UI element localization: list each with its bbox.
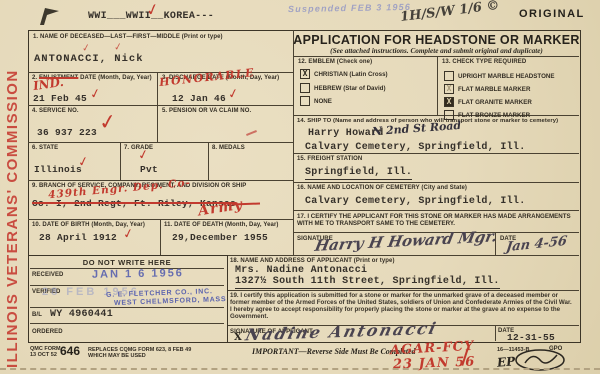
transport-certification-text: 17. I CERTIFY THE APPLICANT FOR THIS STO…: [297, 213, 575, 227]
divider-line: [495, 325, 496, 341]
field-label-check-type: 13. CHECK TYPE REQUIRED: [442, 59, 526, 65]
bl-value: WY 4960441: [50, 309, 113, 320]
applicant-name: Mrs. Nadine Antonacci: [235, 265, 367, 276]
applicant-address: 1327½ South 11th Street, Springfield, Il…: [235, 276, 500, 289]
field-label-name-of-deceased: 1. NAME OF DECEASED—LAST—FIRST—MIDDLE (P…: [33, 34, 223, 40]
field-value-freight-station: Springfield, Ill.: [305, 167, 412, 180]
red-checkmark-icon: ✓: [113, 41, 123, 53]
field-label-cemetery: 16. NAME AND LOCATION OF CEMETERY (City …: [297, 185, 467, 191]
checkbox-icon: [444, 71, 454, 81]
field-value-cemetery: Calvary Cemetery, Springfield, Ill.: [305, 196, 526, 207]
checkbox-christian: XCHRISTIAN (Latin Cross): [300, 69, 388, 79]
field-label-medals: 8. MEDALS: [212, 145, 245, 151]
suspended-stamp: Suspended FEB 3 1956: [288, 2, 411, 14]
checkbox-label: FLAT MARBLE MARKER: [458, 86, 530, 93]
field-value-discharge-date: 12 Jan 46: [172, 93, 226, 104]
divider-line: [227, 290, 579, 291]
pen-mark-icon: [36, 5, 62, 27]
field-value-service-no: 36 937 223: [37, 127, 97, 138]
replaces-line2: WHICH MAY BE USED: [88, 353, 146, 359]
checkbox-label: HEBREW (Star of David): [314, 85, 386, 92]
field-label-applicant: 18. NAME AND ADDRESS OF APPLICANT (Print…: [230, 258, 395, 264]
field-label-service-no: 4. SERVICE NO.: [32, 108, 79, 114]
checkbox-upright-marble: UPRIGHT MARBLE HEADSTONE: [444, 71, 554, 81]
label-rest: DATE (Month, Day, Year): [78, 75, 151, 81]
form-code-line2: 13 OCT 52: [30, 352, 57, 358]
divider-line: [28, 142, 293, 143]
field-value-date-of-birth: 28 April 1912: [39, 232, 117, 243]
checkbox-label: FLAT GRANITE MARKER: [458, 99, 532, 106]
checkbox-flat-marble: XFLAT MARBLE MARKER: [444, 84, 530, 94]
divider-line: [30, 323, 224, 324]
divider-line: [28, 105, 293, 106]
divider-line: [208, 142, 209, 180]
signature-x-mark: X: [234, 332, 242, 343]
divider-line: [293, 115, 579, 116]
field-label-state: 6. STATE: [32, 145, 58, 151]
divider-line: [293, 153, 579, 154]
checkbox-label: UPRIGHT MARBLE HEADSTONE: [458, 73, 554, 80]
applicant-certification-text: 19. I certify this application is submit…: [230, 292, 574, 320]
divider-line: [157, 72, 158, 142]
field-label-freight-station: 15. FREIGHT STATION: [297, 156, 362, 162]
field-value-name-of-deceased: ANTONACCI, Nick: [34, 53, 144, 65]
field-value-state: Illinois: [34, 164, 82, 175]
ship-to-address: Calvary Cemetery, Springfield, Ill.: [305, 142, 526, 153]
side-agency-stamp: ILLINOIS VETERANS' COMMISSION: [4, 36, 21, 368]
divider-line: [160, 219, 161, 255]
divider-line: [120, 142, 121, 180]
field-value-grade: Pvt: [140, 164, 158, 175]
checkbox-label: NONE: [314, 98, 332, 105]
checkbox-label: CHRISTIAN (Latin Cross): [314, 71, 388, 78]
received-label: RECEIVED: [32, 272, 63, 278]
divider-line: [30, 307, 224, 308]
field-label-emblem: 12. EMBLEM (Check one): [298, 59, 372, 65]
form-number: 646: [60, 344, 80, 358]
perforation-line: [0, 368, 600, 370]
ordered-label: ORDERED: [32, 329, 63, 335]
field-label-pension-claim-no: 5. PENSION OR VA CLAIM NO.: [162, 108, 251, 114]
divider-line: [293, 210, 579, 211]
form-subtitle: (See attached instructions. Complete and…: [293, 47, 580, 55]
applicant-date: 12-31-55: [507, 332, 555, 343]
checkbox-icon: [300, 96, 310, 106]
checkbox-icon: X: [444, 97, 454, 107]
form-title: APPLICATION FOR HEADSTONE OR MARKER: [293, 33, 580, 47]
bl-label: B/L: [32, 312, 42, 318]
checkbox-icon: X: [444, 84, 454, 94]
original-label: ORIGINAL: [519, 8, 585, 20]
checkbox-icon: [300, 83, 310, 93]
scanned-headstone-application-form: WWI___WWII__KOREA--- ✓ Suspended FEB 3 1…: [0, 0, 600, 374]
field-value-date-of-death: 29,December 1955: [172, 232, 268, 243]
red-checkmark-icon: ✓: [97, 109, 118, 135]
field-value-enlistment-date: 21 Feb 45: [33, 93, 87, 104]
received-date-stamp: JAN 1 6 1956: [92, 267, 184, 281]
pencil-note: 1H/S/W 1/6 ©: [399, 0, 500, 25]
checkbox-flat-granite: XFLAT GRANITE MARKER: [444, 97, 532, 107]
do-not-write-title: DO NOT WRITE HERE: [28, 258, 226, 267]
divider-line: [437, 56, 438, 115]
checkbox-icon: X: [300, 69, 310, 79]
field-label-date-of-death: 11. DATE OF DEATH (Month, Day, Year): [164, 222, 279, 228]
checkbox-hebrew: HEBREW (Star of David): [300, 83, 386, 93]
divider-line: [293, 182, 579, 183]
divider-line: [293, 30, 294, 255]
red-checkmark-icon: ✓: [81, 42, 91, 54]
divider-line: [293, 56, 579, 57]
checkbox-none: NONE: [300, 96, 332, 106]
